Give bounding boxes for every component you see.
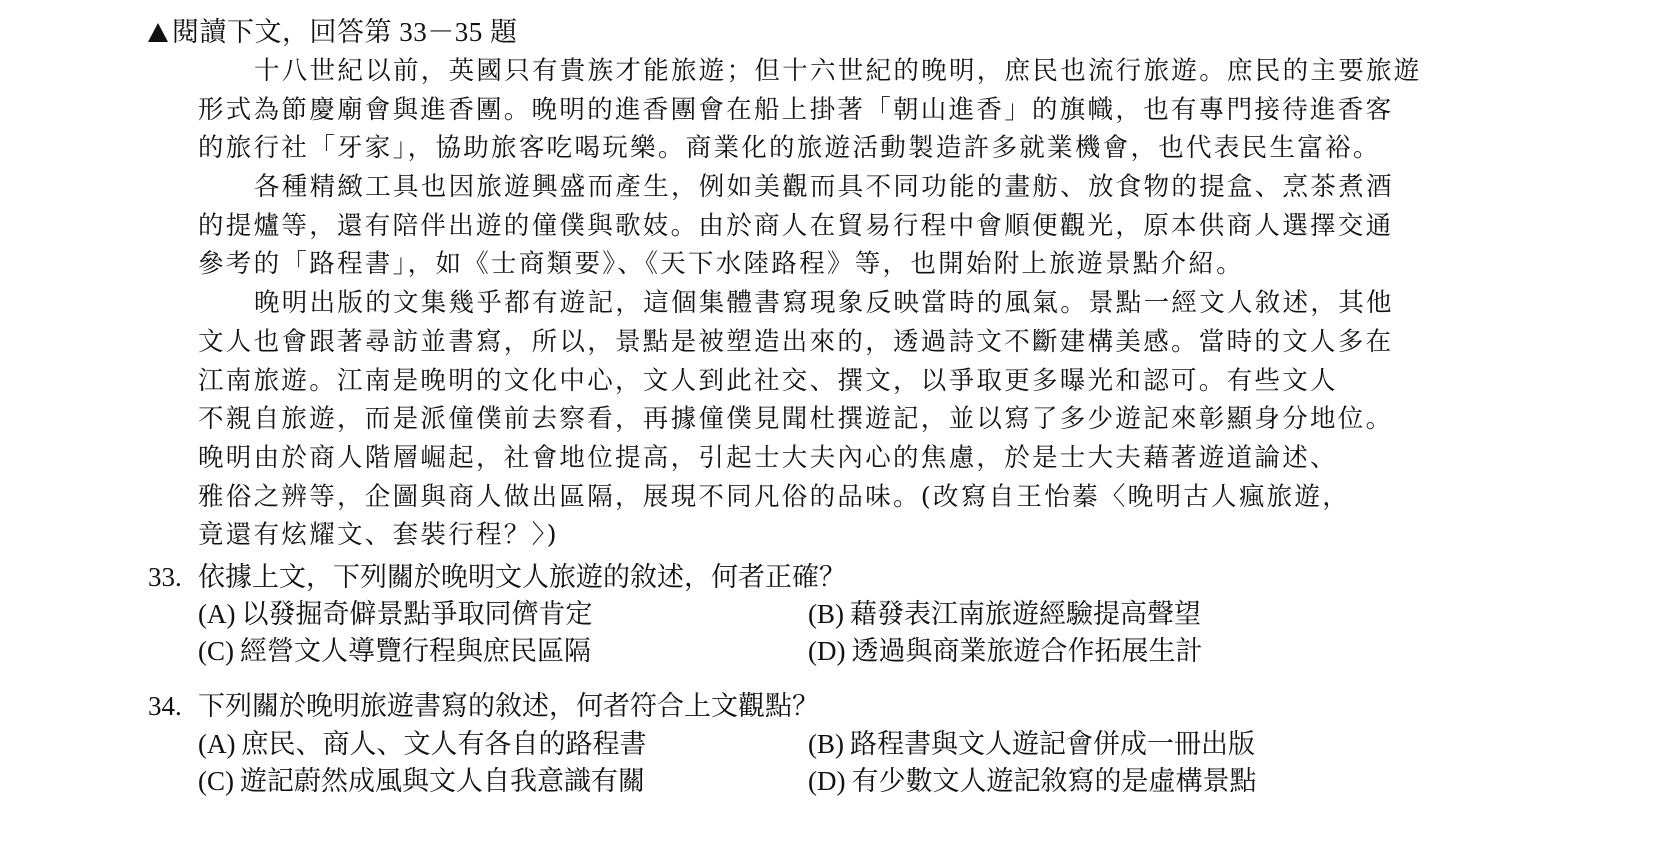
option-a[interactable]: (A)以發掘奇僻景點爭取同儕肯定 <box>198 596 808 633</box>
option-letter: (D) <box>808 766 845 796</box>
option-row: (C)遊記蔚然成風與文人自我意識有關 (D)有少數文人遊記敘寫的是虛構景點 <box>198 763 1398 800</box>
option-text: 透過與商業旅遊合作拓展生計 <box>851 636 1202 666</box>
passage-line: 晚明由於商人階層崛起，社會地位提高，引起士大夫內心的焦慮，於是士大夫藉著遊道論述… <box>198 439 1438 478</box>
passage-line: 竟還有炫耀文、套裝行程？〉) <box>198 516 1438 555</box>
question-33-stem: 33.依據上文，下列關於晚明文人旅遊的敘述，何者正確？ <box>148 559 846 595</box>
option-b[interactable]: (B)路程書與文人遊記會併成一冊出版 <box>808 726 1255 763</box>
option-d[interactable]: (D)有少數文人遊記敘寫的是虛構景點 <box>808 763 1256 800</box>
passage-line: 形式為節慶廟會與進香團。晚明的進香團會在船上掛著「朝山進香」的旗幟，也有專門接待… <box>198 91 1438 130</box>
section-heading: 閱讀下文，回答第 33－35 題 <box>148 14 518 50</box>
passage-line: 江南旅遊。江南是晚明的文化中心，文人到此社交、撰文，以爭取更多曝光和認可。有些文… <box>198 362 1438 401</box>
option-c[interactable]: (C)遊記蔚然成風與文人自我意識有關 <box>198 763 808 800</box>
option-text: 有少數文人遊記敘寫的是虛構景點 <box>851 766 1256 796</box>
option-letter: (B) <box>808 599 844 629</box>
passage-line: 文人也會跟著尋訪並書寫，所以，景點是被塑造出來的，透過詩文不斷建構美感。當時的文… <box>198 323 1438 362</box>
option-text: 路程書與文人遊記會併成一冊出版 <box>850 729 1255 759</box>
triangle-marker-icon <box>148 23 168 42</box>
option-b[interactable]: (B)藉發表江南旅遊經驗提高聲望 <box>808 596 1201 633</box>
option-a[interactable]: (A)庶民、商人、文人有各自的路程書 <box>198 726 808 763</box>
option-row: (A)庶民、商人、文人有各自的路程書 (B)路程書與文人遊記會併成一冊出版 <box>198 726 1398 763</box>
passage-line: 的提爐等，還有陪伴出遊的僮僕與歌妓。由於商人在貿易行程中會順便觀光，原本供商人選… <box>198 207 1438 246</box>
option-text: 藉發表江南旅遊經驗提高聲望 <box>850 599 1201 629</box>
option-letter: (B) <box>808 729 844 759</box>
exam-page: 閱讀下文，回答第 33－35 題 十八世紀以前，英國只有貴族才能旅遊；但十六世紀… <box>0 0 1654 861</box>
passage-line: 參考的「路程書」，如《士商類要》、《天下水陸路程》等，也開始附上旅遊景點介紹。 <box>198 245 1438 284</box>
question-number: 34. <box>148 688 198 724</box>
question-number: 33. <box>148 559 198 595</box>
option-text: 以發掘奇僻景點爭取同儕肯定 <box>241 599 592 629</box>
option-letter: (A) <box>198 729 235 759</box>
question-text: 下列關於晚明旅遊書寫的敘述，何者符合上文觀點？ <box>198 691 819 721</box>
question-34-stem: 34.下列關於晚明旅遊書寫的敘述，何者符合上文觀點？ <box>148 688 819 724</box>
option-text: 庶民、商人、文人有各自的路程書 <box>241 729 646 759</box>
passage-line: 十八世紀以前，英國只有貴族才能旅遊；但十六世紀的晚明，庶民也流行旅遊。庶民的主要… <box>198 52 1438 91</box>
option-d[interactable]: (D)透過與商業旅遊合作拓展生計 <box>808 633 1202 670</box>
question-34-options: (A)庶民、商人、文人有各自的路程書 (B)路程書與文人遊記會併成一冊出版 (C… <box>198 726 1398 800</box>
option-text: 經營文人導覽行程與庶民區隔 <box>240 636 591 666</box>
passage-line: 晚明出版的文集幾乎都有遊記，這個集體書寫現象反映當時的風氣。景點一經文人敘述，其… <box>198 284 1438 323</box>
option-letter: (C) <box>198 766 234 796</box>
passage-line: 不親自旅遊，而是派僮僕前去察看，再據僮僕見聞杜撰遊記，並以寫了多少遊記來彰顯身分… <box>198 400 1438 439</box>
option-row: (A)以發掘奇僻景點爭取同儕肯定 (B)藉發表江南旅遊經驗提高聲望 <box>198 596 1398 633</box>
option-letter: (A) <box>198 599 235 629</box>
reading-passage: 十八世紀以前，英國只有貴族才能旅遊；但十六世紀的晚明，庶民也流行旅遊。庶民的主要… <box>198 52 1438 555</box>
option-c[interactable]: (C)經營文人導覽行程與庶民區隔 <box>198 633 808 670</box>
section-heading-text: 閱讀下文，回答第 33－35 題 <box>172 17 518 47</box>
question-text: 依據上文，下列關於晚明文人旅遊的敘述，何者正確？ <box>198 562 846 592</box>
option-letter: (D) <box>808 636 845 666</box>
passage-line: 雅俗之辨等，企圖與商人做出區隔，展現不同凡俗的品味。(改寫自王怡蓁〈晚明古人瘋旅… <box>198 478 1438 517</box>
option-text: 遊記蔚然成風與文人自我意識有關 <box>240 766 645 796</box>
passage-line: 各種精緻工具也因旅遊興盛而產生，例如美觀而具不同功能的畫舫、放食物的提盒、烹茶煮… <box>198 168 1438 207</box>
option-letter: (C) <box>198 636 234 666</box>
question-33-options: (A)以發掘奇僻景點爭取同儕肯定 (B)藉發表江南旅遊經驗提高聲望 (C)經營文… <box>198 596 1398 670</box>
option-row: (C)經營文人導覽行程與庶民區隔 (D)透過與商業旅遊合作拓展生計 <box>198 633 1398 670</box>
passage-line: 的旅行社「牙家」，協助旅客吃喝玩樂。商業化的旅遊活動製造許多就業機會，也代表民生… <box>198 129 1438 168</box>
